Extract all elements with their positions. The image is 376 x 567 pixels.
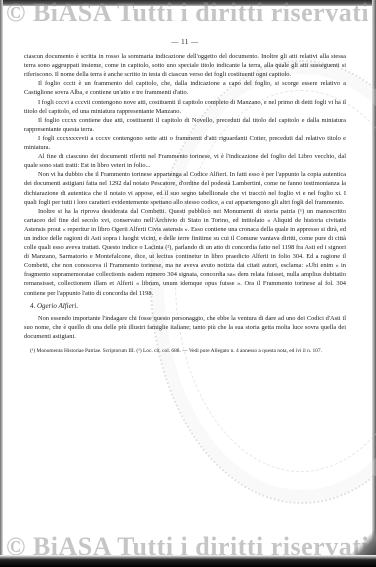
scan-edge-bottom: [0, 555, 376, 567]
section-heading: 4. Ogerio Alfieri.: [30, 302, 346, 311]
scan-edge-left: [0, 0, 3, 567]
section-title: Ogerio Alfieri.: [37, 302, 78, 310]
paragraph: Non vi ha dubbio che il Frammento torine…: [24, 170, 346, 206]
scan-edge-right: [372, 0, 376, 567]
paragraph: Il foglio ccctt è un frammento del capit…: [24, 79, 346, 97]
page-number: — 11 —: [24, 38, 346, 47]
footnote: (¹) Monumenta Historiae Patriae. Scripto…: [30, 348, 346, 356]
copyright-watermark-top: © BiASA Tutti i diritti riservati: [6, 0, 369, 28]
section-number: 4.: [30, 302, 35, 310]
footnotes: (¹) Monumenta Historiae Patriae. Scripto…: [24, 348, 346, 356]
paragraph: I fogli cccxxxxvvii a cccxv contengono s…: [24, 134, 346, 152]
paragraph: I fogli cccvi a cccvii contengono nove a…: [24, 98, 346, 116]
paragraph: ciascun documento è scritta in rosso la …: [24, 52, 346, 79]
paragraph: Il foglio cccxx contiene due atti, costi…: [24, 116, 346, 134]
paragraph: Al fine di ciascuno dei documenti riferi…: [24, 152, 346, 170]
document-page: — 11 — ciascun documento è scritta in ro…: [24, 38, 346, 356]
paragraph: Inoltre si ha la riprova desiderata dal …: [24, 207, 346, 298]
paragraph: Non essendo importante l'indagare chi fo…: [24, 314, 346, 341]
